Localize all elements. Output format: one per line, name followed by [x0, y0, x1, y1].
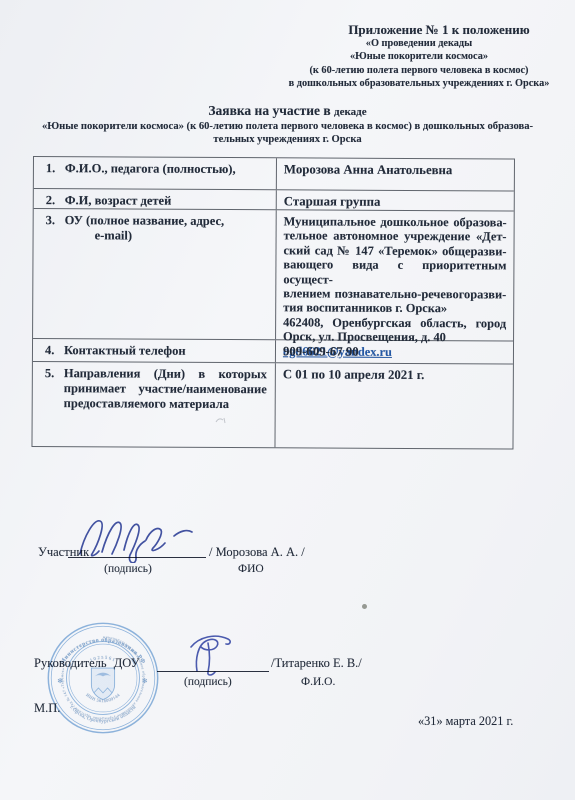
row-label-cell: 5. Направления (Дни) в которых принимает…	[32, 362, 275, 447]
title-line-2: «Юные покорители космоса» (к 60-летию по…	[0, 120, 575, 133]
participant-signature-ink	[74, 509, 206, 563]
stamp-number-text: 1025561	[89, 656, 116, 664]
stamp-star-right: ✻	[142, 677, 148, 685]
title-line-3: тельных учреждениях г. Орска	[0, 133, 575, 146]
stamp-star-left: ✻	[57, 677, 63, 685]
row-value: Муниципальное дошкольное образова- тельн…	[276, 210, 514, 340]
head-signature-ink	[183, 629, 245, 679]
value-line: вающего вида с приоритетным осущест-	[283, 258, 506, 288]
table-row: 4. Контактный телефон 909-609-67 90	[33, 338, 513, 364]
row-label-cell: 3. ОУ (полное название, адрес, e-mail)	[33, 209, 277, 339]
value-line: 462408, Оренбургская область, город	[283, 315, 506, 331]
row-label: Ф.И.О., педагога (полностью),	[65, 161, 268, 189]
table-row: 5. Направления (Дни) в которых принимает…	[32, 361, 512, 449]
header-line: «Юные покорители космоса»	[268, 50, 570, 63]
row-number: 4.	[45, 343, 64, 361]
row-value: Морозова Анна Анатольевна	[277, 158, 514, 190]
row-label-cell: 2. Ф.И, возраст детей	[34, 189, 277, 209]
head-name: /Титаренко Е. В./	[271, 656, 362, 671]
row-number: 3.	[45, 213, 65, 338]
row-label-line: e-mail)	[65, 228, 268, 244]
svg-text:1025561: 1025561	[89, 656, 116, 664]
signature-caption: (подпись)	[93, 563, 163, 575]
fio-caption: ФИО	[238, 563, 264, 575]
value-line: тельное автономное учреждение «Дет-	[284, 229, 507, 245]
row-label-cell: 1. Ф.И.О., педагога (полностью),	[34, 157, 277, 189]
row-label: Направления (Дни) в которых принимает уч…	[63, 366, 266, 447]
table-row: 1. Ф.И.О., педагога (полностью), Морозов…	[34, 157, 514, 191]
row-number: 5.	[44, 366, 63, 446]
row-label-cell: 4. Контактный телефон	[33, 339, 276, 362]
fio-caption: Ф.И.О.	[301, 676, 335, 688]
application-table: 1. Ф.И.О., педагога (полностью), Морозов…	[31, 156, 515, 450]
ink-dot-artifact	[362, 604, 367, 609]
value-line: влением познавательно-речевогоразви-	[283, 286, 506, 302]
row-label-line: предоставляемого материала	[64, 396, 267, 412]
header-line: (к 60-летию полета первого человека в ко…	[268, 64, 570, 77]
pencil-smudge-artifact	[213, 414, 231, 426]
header-line: в дошкольных образовательных учреждениях…	[268, 77, 570, 90]
row-number: 1.	[46, 161, 65, 188]
row-number: 2.	[46, 193, 65, 208]
official-stamp: Министерство образования РФ г.Орска, Оре…	[45, 620, 161, 736]
row-label-line: ОУ (полное название, адрес,	[65, 213, 268, 229]
signature-caption: (подпись)	[184, 676, 232, 688]
value-line: ский сад № 147 «Теремок» общеразви-	[283, 243, 506, 259]
header-line: Приложение № 1 к положению	[288, 22, 575, 37]
header-line: «О проведении декады	[268, 37, 570, 50]
row-label: Ф.И, возраст детей	[65, 193, 268, 209]
date-label: «31» марта 2021 г.	[418, 714, 513, 729]
doc-title: Заявка на участие в декаде «Юные покорит…	[0, 103, 575, 146]
table-row: 2. Ф.И, возраст детей Старшая группа	[34, 188, 514, 211]
scanned-document-page: Приложение № 1 к положению «О проведении…	[0, 0, 575, 800]
row-value: Старшая группа	[277, 190, 514, 210]
row-value: С 01 по 10 апреля 2021 г.	[275, 363, 512, 448]
value-line: Муниципальное дошкольное образова-	[284, 214, 507, 230]
row-label: Контактный телефон	[64, 343, 267, 362]
table-row: 3. ОУ (полное название, адрес, e-mail) М…	[33, 208, 514, 341]
title-tail: декаде	[334, 106, 367, 118]
row-label-line: принимает участие/наименование	[64, 381, 267, 397]
row-value: 909-609-67 90	[276, 340, 513, 363]
value-line: тия воспитанников г. Орска»	[283, 301, 506, 317]
appendix-header: Приложение № 1 к положению «О проведении…	[268, 22, 570, 90]
participant-name: / Морозова А. А. /	[209, 545, 305, 560]
row-label-line: Направления (Дни) в которых	[64, 366, 267, 382]
title-line-1: Заявка на участие в декаде	[0, 103, 575, 120]
title-main: Заявка на участие в	[208, 103, 330, 118]
row-label: ОУ (полное название, адрес, e-mail)	[64, 213, 268, 339]
